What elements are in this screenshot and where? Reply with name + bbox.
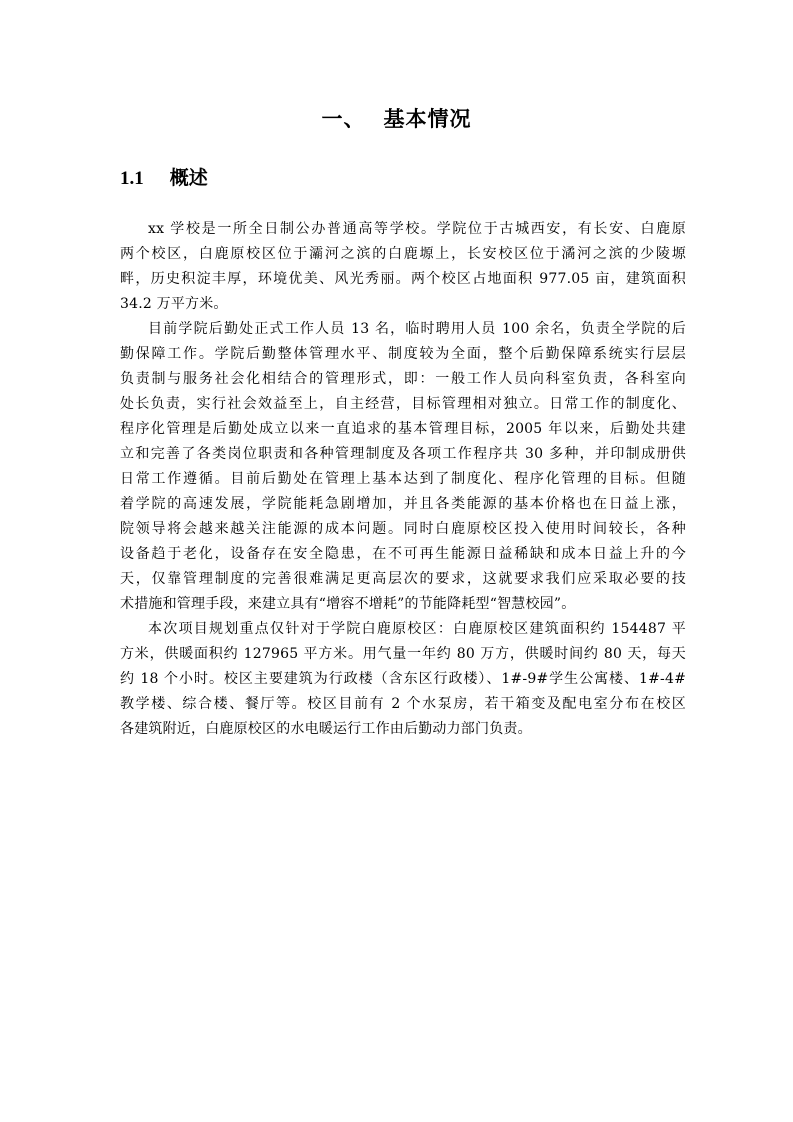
text-line: 目前学院后勤处正式工作人员 13 名，临时聘用人员 100 余名，负责全学院的后 <box>120 317 686 342</box>
text-line: 立和完善了各类岗位职责和各种管理制度及各项工作程序共 30 多种，并印制成册供 <box>120 442 686 467</box>
text-line: 本次项目规划重点仅针对于学院白鹿原校区：白鹿原校区建筑面积约 154487 平 <box>120 617 686 642</box>
paragraph-project-scope: 本次项目规划重点仅针对于学院白鹿原校区：白鹿原校区建筑面积约 154487 平 … <box>120 617 686 742</box>
text-line: 程序化管理是后勤处成立以来一直追求的基本管理目标，2005 年以来，后勤处共建 <box>120 417 686 442</box>
text-line: 畔，历史积淀丰厚，环境优美、风光秀丽。两个校区占地面积 977.05 亩，建筑面… <box>120 267 686 292</box>
text-line: 约 18 个小时。校区主要建筑为行政楼（含东区行政楼）、1#-9#学生公寓楼、1… <box>120 667 686 692</box>
chapter-heading: 一、基本情况 <box>0 103 793 133</box>
text-line: 设备趋于老化，设备存在安全隐患，在不可再生能源日益稀缺和成本日益上升的今 <box>120 542 686 567</box>
text-line: 处长负责，实行社会效益至上，自主经营，目标管理相对独立。日常工作的制度化、 <box>120 392 686 417</box>
paragraph-logistics: 目前学院后勤处正式工作人员 13 名，临时聘用人员 100 余名，负责全学院的后… <box>120 317 686 617</box>
text-line: 两个校区，白鹿原校区位于灞河之滨的白鹿塬上，长安校区位于潏河之滨的少陵塬 <box>120 242 686 267</box>
paragraph-overview: xx 学校是一所全日制公办普通高等学校。学院位于古城西安，有长安、白鹿原 两个校… <box>120 217 686 317</box>
text-line: 方米，供暖面积约 127965 平方米。用气量一年约 80 万方，供暖时间约 8… <box>120 642 686 667</box>
text-line: 负责制与服务社会化相结合的管理形式，即：一般工作人员向科室负责，各科室向 <box>120 367 686 392</box>
text-line: 34.2 万平方米。 <box>120 292 686 317</box>
text-line: 术措施和管理手段，来建立具有“增容不增耗”的节能降耗型“智慧校园”。 <box>120 592 686 617</box>
text-line: xx 学校是一所全日制公办普通高等学校。学院位于古城西安，有长安、白鹿原 <box>120 217 686 242</box>
text-line: 各建筑附近，白鹿原校区的水电暖运行工作由后勤动力部门负责。 <box>120 717 686 742</box>
body-text: xx 学校是一所全日制公办普通高等学校。学院位于古城西安，有长安、白鹿原 两个校… <box>120 217 686 742</box>
text-line: 天，仅靠管理制度的完善很难满足更高层次的要求，这就要求我们应采取必要的技 <box>120 567 686 592</box>
chapter-title: 基本情况 <box>384 107 472 131</box>
section-title: 概述 <box>170 167 208 189</box>
document-page: 一、基本情况 1.1概述 xx 学校是一所全日制公办普通高等学校。学院位于古城西… <box>0 0 793 1122</box>
chapter-number: 一、 <box>322 107 366 131</box>
section-number: 1.1 <box>120 168 144 189</box>
text-line: 勤保障工作。学院后勤整体管理水平、制度较为全面，整个后勤保障系统实行层层 <box>120 342 686 367</box>
text-line: 教学楼、综合楼、餐厅等。校区目前有 2 个水泵房，若干箱变及配电室分布在校区 <box>120 692 686 717</box>
text-line: 着学院的高速发展，学院能耗急剧增加，并且各类能源的基本价格也在日益上涨， <box>120 492 686 517</box>
text-line: 院领导将会越来越关注能源的成本问题。同时白鹿原校区投入使用时间较长，各种 <box>120 517 686 542</box>
text-line: 日常工作遵循。目前后勤处在管理上基本达到了制度化、程序化管理的目标。但随 <box>120 467 686 492</box>
section-heading: 1.1概述 <box>120 163 208 190</box>
